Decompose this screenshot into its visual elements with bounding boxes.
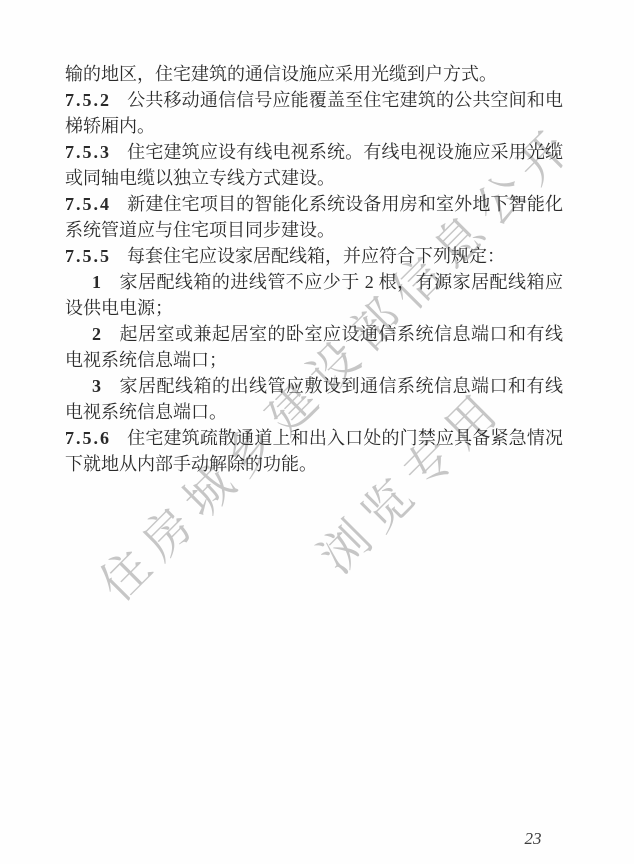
clause-text: 系统管道应与住宅项目同步建设。 (65, 220, 335, 240)
clause-text: 或同轴电缆以独立专线方式建设。 (65, 168, 335, 188)
text-line: 梯轿厢内。 (65, 113, 563, 139)
text-line: 3家居配线箱的出线管应敷设到通信系统信息端口和有线 (65, 373, 563, 399)
clause-text: 每套住宅应设家居配线箱，并应符合下列规定： (127, 246, 505, 266)
text-line: 7.5.2公共移动通信信号应能覆盖至住宅建筑的公共空间和电 (65, 87, 563, 113)
clause-number: 7.5.6 (65, 428, 111, 448)
clause-text: 输的地区，住宅建筑的通信设施应采用光缆到户方式。 (65, 64, 497, 84)
text-line: 电视系统信息端口； (65, 347, 563, 373)
clause-text: 家居配线箱的出线管应敷设到通信系统信息端口和有线 (119, 376, 563, 396)
clause-number: 7.5.2 (65, 90, 111, 110)
document-page: 住房城乡建设部信息公开 浏览专用 输的地区，住宅建筑的通信设施应采用光缆到户方式… (0, 0, 634, 864)
text-line: 7.5.3住宅建筑应设有线电视系统。有线电视设施应采用光缆 (65, 139, 563, 165)
text-line: 7.5.6住宅建筑疏散通道上和出入口处的门禁应具备紧急情况 (65, 425, 563, 451)
clause-text: 家居配线箱的进线管不应少于 2 根，有源家居配线箱应 (119, 272, 563, 292)
clause-text: 公共移动通信信号应能覆盖至住宅建筑的公共空间和电 (127, 90, 563, 110)
clause-text: 梯轿厢内。 (65, 116, 155, 136)
page-number: 23 (518, 829, 548, 849)
clause-text: 住宅建筑应设有线电视系统。有线电视设施应采用光缆 (127, 142, 563, 162)
text-line: 输的地区，住宅建筑的通信设施应采用光缆到户方式。 (65, 61, 563, 87)
clause-text: 起居室或兼起居室的卧室应设通信系统信息端口和有线 (119, 324, 563, 344)
clause-number: 7.5.5 (65, 246, 111, 266)
text-line: 或同轴电缆以独立专线方式建设。 (65, 165, 563, 191)
clause-text: 下就地从内部手动解除的功能。 (65, 454, 317, 474)
text-line: 系统管道应与住宅项目同步建设。 (65, 217, 563, 243)
clause-text: 新建住宅项目的智能化系统设备用房和室外地下智能化 (127, 194, 563, 214)
clause-text: 设供电电源； (65, 298, 173, 318)
clause-number: 3 (92, 376, 103, 396)
text-line: 7.5.4新建住宅项目的智能化系统设备用房和室外地下智能化 (65, 191, 563, 217)
text-line: 下就地从内部手动解除的功能。 (65, 451, 563, 477)
clause-text: 住宅建筑疏散通道上和出入口处的门禁应具备紧急情况 (127, 428, 563, 448)
clause-number: 1 (92, 272, 103, 292)
text-line: 电视系统信息端口。 (65, 399, 563, 425)
clause-text: 电视系统信息端口。 (65, 402, 227, 422)
clause-number: 7.5.3 (65, 142, 111, 162)
text-line: 7.5.5每套住宅应设家居配线箱，并应符合下列规定： (65, 243, 563, 269)
text-line: 2起居室或兼起居室的卧室应设通信系统信息端口和有线 (65, 321, 563, 347)
text-line: 设供电电源； (65, 295, 563, 321)
text-line: 1家居配线箱的进线管不应少于 2 根，有源家居配线箱应 (65, 269, 563, 295)
clause-number: 7.5.4 (65, 194, 111, 214)
clause-text: 电视系统信息端口； (65, 350, 227, 370)
clause-number: 2 (92, 324, 103, 344)
document-text-block: 输的地区，住宅建筑的通信设施应采用光缆到户方式。7.5.2公共移动通信信号应能覆… (65, 61, 563, 477)
